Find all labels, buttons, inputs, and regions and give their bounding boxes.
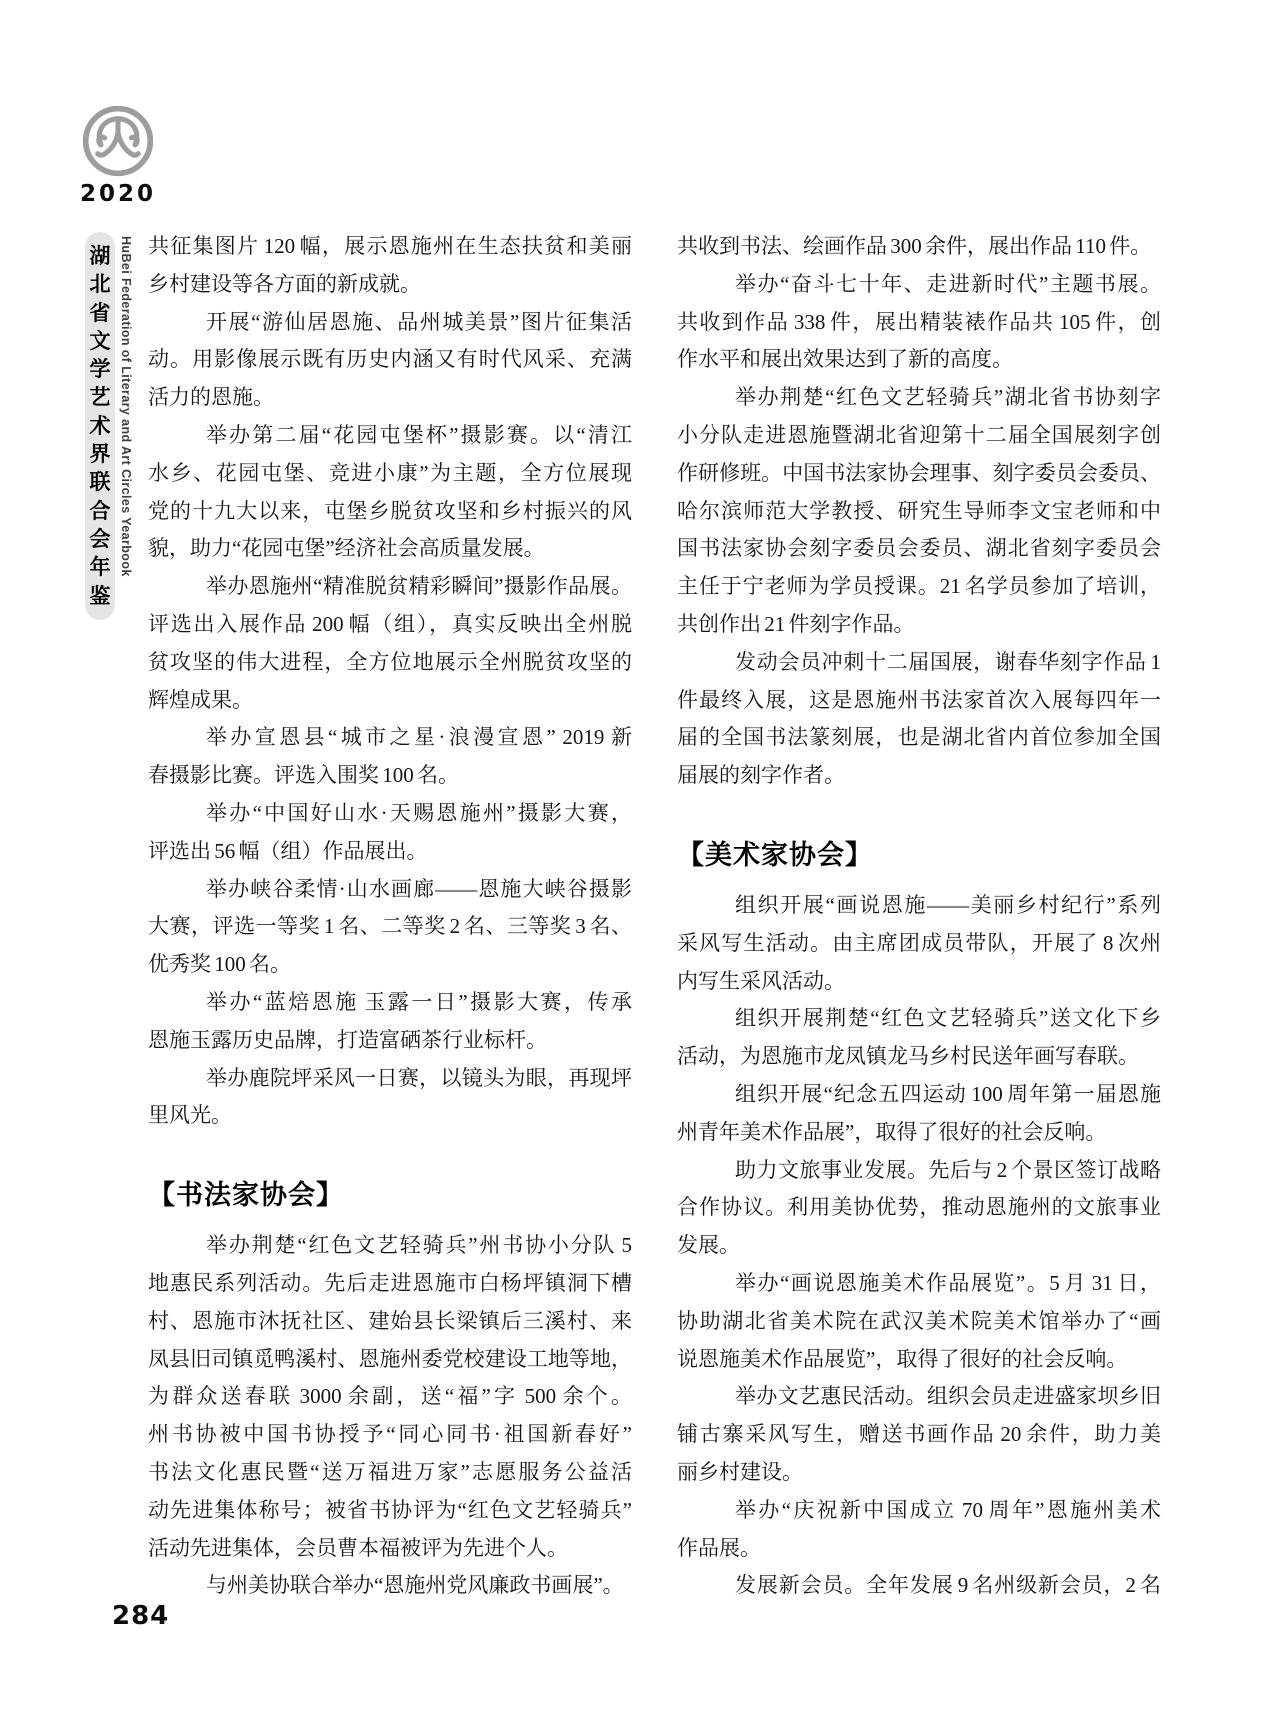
text-line: 届的全国书法篆刻展，也是湖北省内首位参加全国	[677, 719, 1161, 757]
text-line: 动。用影像展示既有历史内涵又有时代风采、充满	[148, 341, 632, 379]
sidebar-title-char: 术	[90, 412, 111, 440]
sidebar-title-char: 学	[90, 355, 111, 383]
text-line: 举办文艺惠民活动。组织会员走进盛家坝乡旧	[677, 1378, 1161, 1416]
text-line: 组织开展“画说恩施——美丽乡村纪行”系列	[677, 887, 1161, 925]
text-line: 举办第二届“花园屯堡杯”摄影赛。以“清江	[148, 417, 632, 455]
text-line: 组织开展荆楚“红色文艺轻骑兵”送文化下乡	[677, 1000, 1161, 1038]
text-line: 活动先进集体，会员曹本福被评为先进个人。	[148, 1530, 632, 1568]
text-line: 共创作出 21 件刻字作品。	[677, 606, 1161, 644]
text-line: 活动，为恩施市龙凤镇龙马乡村民送年画写春联。	[677, 1038, 1161, 1076]
text-line: 凤县旧司镇觅鸭溪村、恩施州委党校建设工地等地，	[148, 1341, 632, 1379]
text-line: 举办“中国好山水·天赐恩施州”摄影大赛，	[148, 795, 632, 833]
text-line: 助力文旅事业发展。先后与 2 个景区签订战略	[677, 1152, 1161, 1190]
text-line: 国书法家协会刻字委员会委员、湖北省刻字委员会	[677, 530, 1161, 568]
text-line: 发展新会员。全年发展 9 名州级新会员，2 名	[677, 1567, 1161, 1605]
text-line: 说恩施美术作品展览”，取得了很好的社会反响。	[677, 1341, 1161, 1379]
text-line: 举办“庆祝新中国成立 70 周年”恩施州美术	[677, 1492, 1161, 1530]
yearbook-page: 2020 湖北省文学艺术界联合会年鉴 HuBei Federation of L…	[0, 0, 1276, 1719]
text-line: 作研修班。中国书法家协会理事、刻字委员会委员、	[677, 455, 1161, 493]
text-line: 貌，助力“花园屯堡”经济社会高质量发展。	[148, 530, 632, 568]
text-line: 举办鹿院坪采风一日赛，以镜头为眼，再现坪	[148, 1060, 632, 1098]
text-line: 党的十九大以来，屯堡乡脱贫攻坚和乡村振兴的风	[148, 493, 632, 531]
left-column: 共征集图片 120 幅，展示恩施州在生态扶贫和美丽乡村建设等各方面的新成就。开展…	[148, 228, 632, 1605]
text-line: 里风光。	[148, 1097, 632, 1135]
text-line: 共收到书法、绘画作品 300 余件，展出作品 110 件。	[677, 228, 1161, 266]
text-line: 丽乡村建设。	[677, 1454, 1161, 1492]
text-line: 发展。	[677, 1227, 1161, 1265]
text-line: 水乡、花园屯堡、竞进小康”为主题，全方位展现	[148, 455, 632, 493]
text-line: 举办“奋斗七十年、走进新时代”主题书展。	[677, 266, 1161, 304]
text-line: 评选出入展作品 200 幅（组），真实反映出全州脱	[148, 606, 632, 644]
text-line: 与州美协联合举办“恩施州党风廉政书画展”。	[148, 1567, 632, 1605]
text-line: 小分队走进恩施暨湖北省迎第十二届全国展刻字创	[677, 417, 1161, 455]
sidebar-title-char: 文	[90, 327, 111, 355]
text-line: 辉煌成果。	[148, 682, 632, 720]
text-line: 举办荆楚“红色文艺轻骑兵”湖北省书协刻字	[677, 379, 1161, 417]
text-line: 书法文化惠民暨“送万福进万家”志愿服务公益活	[148, 1454, 632, 1492]
sidebar-title-vertical: 湖北省文学艺术界联合会年鉴	[85, 232, 115, 620]
text-line: 举办“画说恩施美术作品展览”。5 月 31 日，	[677, 1265, 1161, 1303]
sidebar-title-char: 联	[90, 468, 111, 496]
section-heading: 【书法家协会】	[148, 1173, 632, 1217]
logo-block: 2020	[76, 103, 160, 207]
text-line: 组织开展“纪念五四运动 100 周年第一届恩施	[677, 1076, 1161, 1114]
cflac-logo-icon	[80, 103, 156, 179]
section-heading: 【美术家协会】	[677, 833, 1161, 877]
text-line: 开展“游仙居恩施、品州城美景”图片征集活	[148, 304, 632, 342]
text-line: 举办“蓝焙恩施 玉露一日”摄影大赛，传承	[148, 984, 632, 1022]
sidebar-title-char: 鉴	[90, 582, 111, 610]
text-line: 春摄影比赛。评选入围奖 100 名。	[148, 757, 632, 795]
text-line: 地惠民系列活动。先后走进恩施市白杨坪镇洞下槽	[148, 1265, 632, 1303]
text-line: 优秀奖 100 名。	[148, 946, 632, 984]
sidebar-title-char: 北	[90, 270, 111, 298]
right-column: 共收到书法、绘画作品 300 余件，展出作品 110 件。举办“奋斗七十年、走进…	[677, 228, 1161, 1605]
sidebar-title-char: 湖	[90, 242, 111, 270]
text-line: 届展的刻字作者。	[677, 757, 1161, 795]
sidebar-title-char: 界	[90, 440, 111, 468]
text-line: 采风写生活动。由主席团成员带队，开展了 8 次州	[677, 925, 1161, 963]
text-line: 共收到作品 338 件，展出精装裱作品共 105 件，创	[677, 304, 1161, 342]
text-line: 举办荆楚“红色文艺轻骑兵”州书协小分队 5	[148, 1227, 632, 1265]
text-line: 作水平和展出效果达到了新的高度。	[677, 341, 1161, 379]
text-line: 举办恩施州“精准脱贫精彩瞬间”摄影作品展。	[148, 568, 632, 606]
text-line: 件最终入展，这是恩施州书法家首次入展每四年一	[677, 682, 1161, 720]
sidebar-title-char: 省	[90, 299, 111, 327]
text-line: 举办宣恩县“城市之星·浪漫宣恩” 2019 新	[148, 719, 632, 757]
text-line: 恩施玉露历史品牌，打造富硒茶行业标杆。	[148, 1022, 632, 1060]
text-line: 动先进集体称号；被省书协评为“红色文艺轻骑兵”	[148, 1492, 632, 1530]
text-line: 为群众送春联 3000 余副，送“福”字 500 余个。	[148, 1378, 632, 1416]
text-line: 哈尔滨师范大学教授、研究生导师李文宝老师和中	[677, 493, 1161, 531]
text-line: 内写生采风活动。	[677, 963, 1161, 1001]
text-line: 州青年美术作品展”，取得了很好的社会反响。	[677, 1114, 1161, 1152]
text-line: 作品展。	[677, 1530, 1161, 1568]
sidebar-title-char: 会	[90, 525, 111, 553]
text-line: 大赛，评选一等奖 1 名、二等奖 2 名、三等奖 3 名、	[148, 908, 632, 946]
sidebar-subtitle-vertical: HuBei Federation of Literary and Art Cir…	[119, 236, 133, 656]
text-line: 村、恩施市沐抚社区、建始县长梁镇后三溪村、来	[148, 1303, 632, 1341]
text-line: 贫攻坚的伟大进程，全方位地展示全州脱贫攻坚的	[148, 644, 632, 682]
text-line: 主任于宁老师为学员授课。21 名学员参加了培训，	[677, 568, 1161, 606]
logo-year: 2020	[76, 181, 160, 207]
text-line: 评选出 56 幅（组）作品展出。	[148, 833, 632, 871]
text-line: 举办峡谷柔情·山水画廊——恩施大峡谷摄影	[148, 871, 632, 909]
text-line: 协助湖北省美术院在武汉美术院美术馆举办了“画	[677, 1303, 1161, 1341]
text-line: 合作协议。利用美协优势，推动恩施州的文旅事业	[677, 1189, 1161, 1227]
page-number: 284	[112, 1601, 169, 1631]
text-line: 共征集图片 120 幅，展示恩施州在生态扶贫和美丽	[148, 228, 632, 266]
sidebar-title-char: 合	[90, 497, 111, 525]
text-line: 铺古寨采风写生，赠送书画作品 20 余件，助力美	[677, 1416, 1161, 1454]
text-line: 州书协被中国书协授予“同心同书·祖国新春好”	[148, 1416, 632, 1454]
text-line: 活力的恩施。	[148, 379, 632, 417]
text-line: 乡村建设等各方面的新成就。	[148, 266, 632, 304]
sidebar-title-char: 年	[90, 553, 111, 581]
sidebar-title-char: 艺	[90, 383, 111, 411]
text-line: 发动会员冲刺十二届国展，谢春华刻字作品 1	[677, 644, 1161, 682]
